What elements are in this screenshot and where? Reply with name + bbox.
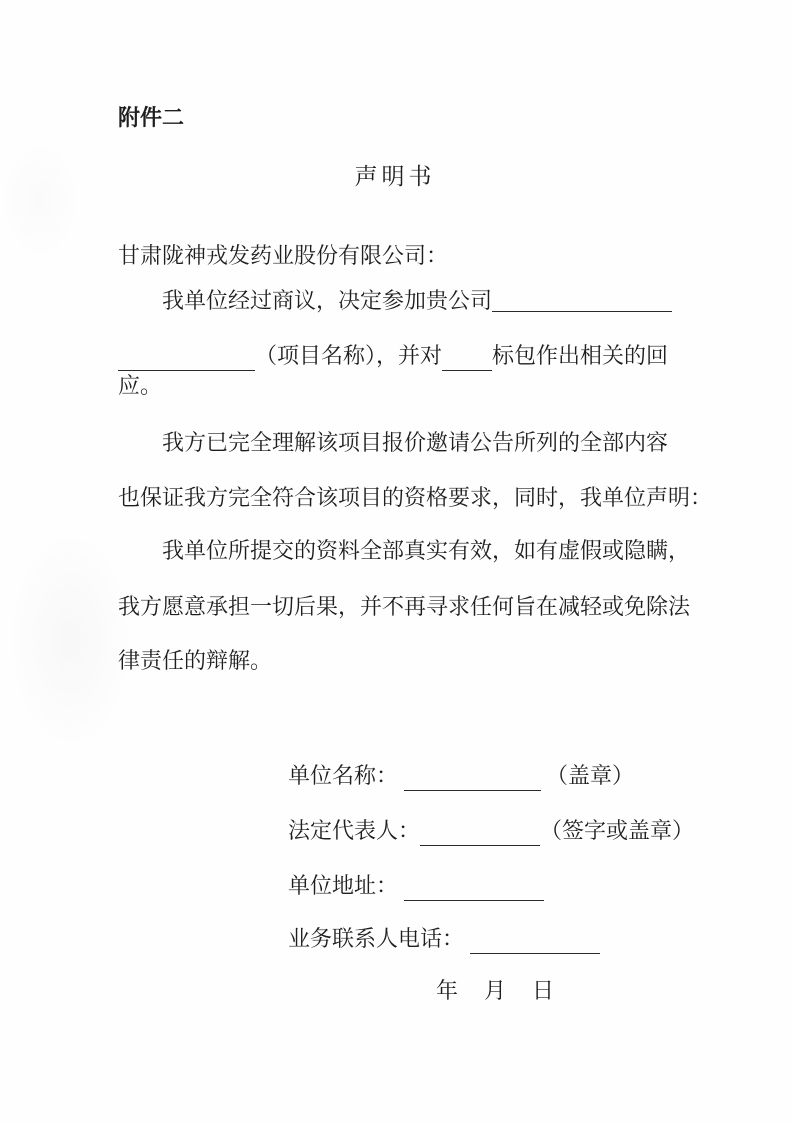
- company-name-label: 单位名称：: [288, 763, 398, 788]
- company-name-blank-field: [404, 766, 541, 791]
- contact-phone-label: 业务联系人电话：: [288, 926, 464, 951]
- paragraph1-line2-mid-text: （项目名称），并对: [255, 343, 442, 368]
- attachment-label: 附件二: [118, 103, 672, 133]
- date-year-label: 年: [436, 978, 458, 1003]
- company-address-label: 单位地址：: [288, 873, 398, 898]
- document-content: 附件二 声明书 甘肃陇神戎发药业股份有限公司： 我单位经过商议，决定参加贵公司 …: [0, 103, 793, 1006]
- company-address-blank-field: [404, 876, 544, 901]
- legal-representative-row: 法定代表人：（签字或盖章）: [288, 816, 672, 846]
- document-title: 声明书: [118, 162, 672, 192]
- bid-package-blank-field: [442, 346, 492, 371]
- paragraph2-line2: 也保证我方完全符合该项目的资格要求，同时，我单位声明：: [118, 483, 672, 513]
- project-name-blank-field-part2: [118, 346, 255, 371]
- legal-representative-blank-field: [420, 821, 540, 846]
- paragraph1-line1: 我单位经过商议，决定参加贵公司: [118, 286, 672, 316]
- date-month-label: 月: [484, 978, 506, 1003]
- date-day-label: 日: [532, 978, 554, 1003]
- salutation-line: 甘肃陇神戎发药业股份有限公司：: [118, 241, 672, 271]
- legal-representative-sign-note: （签字或盖章）: [540, 818, 694, 843]
- paragraph3-line2: 我方愿意承担一切后果，并不再寻求任何旨在减轻或免除法: [118, 592, 672, 622]
- legal-representative-label: 法定代表人：: [288, 818, 420, 843]
- contact-phone-blank-field: [470, 929, 600, 954]
- company-seal-note: （盖章）: [546, 763, 634, 788]
- company-name-row: 单位名称： （盖章）: [288, 761, 672, 791]
- date-row: 年月日: [288, 976, 672, 1006]
- paragraph1-line1-text: 我单位经过商议，决定参加贵公司: [118, 286, 492, 316]
- paragraph1-line2-end-text: 标包作出相关的回: [492, 343, 668, 368]
- paragraph2-line1: 我方已完全理解该项目报价邀请公告所列的全部内容: [118, 428, 672, 458]
- project-name-blank-field-part1: [492, 286, 672, 312]
- contact-phone-row: 业务联系人电话：: [288, 924, 672, 954]
- paragraph3-line3: 律责任的辩解。: [118, 646, 672, 676]
- paragraph3-line1: 我单位所提交的资料全部真实有效，如有虚假或隐瞒，: [118, 536, 672, 566]
- paragraph1-line3: 应。: [118, 371, 672, 401]
- paragraph1-line2: （项目名称），并对标包作出相关的回: [118, 341, 672, 371]
- signature-block: 单位名称： （盖章） 法定代表人：（签字或盖章） 单位地址： 业务联系人电话： …: [288, 761, 672, 1006]
- company-address-row: 单位地址：: [288, 871, 672, 901]
- scanned-document-page: 附件二 声明书 甘肃陇神戎发药业股份有限公司： 我单位经过商议，决定参加贵公司 …: [0, 0, 793, 1122]
